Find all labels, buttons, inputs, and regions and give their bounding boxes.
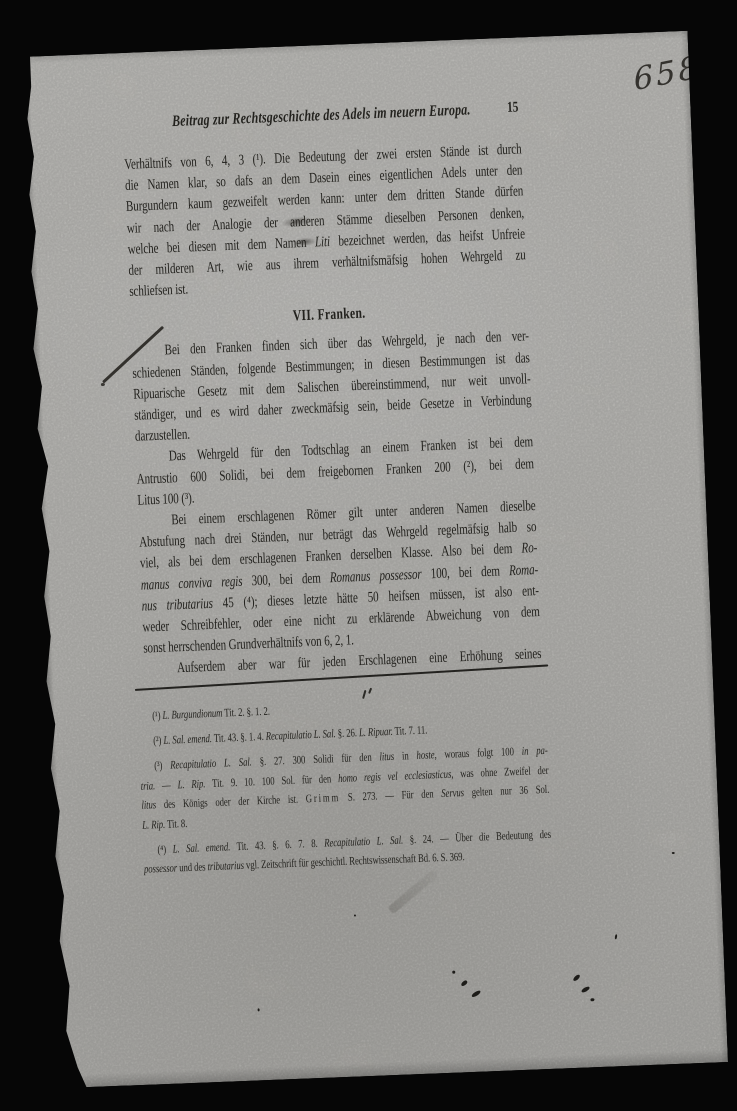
- ink-speck: [615, 934, 618, 939]
- handwritten-folio-number: 658: [632, 49, 702, 98]
- footnote-4: (⁴) L. Sal. emend. Tit. 43. §. 6. 7. 8. …: [143, 824, 552, 879]
- ink-speck: [672, 852, 675, 854]
- ink-speck: [460, 980, 468, 987]
- ink-speck: [258, 1008, 260, 1011]
- footnote-3: (³) Recapitulatio L. Sal. §. 27. 300 Sol…: [140, 741, 551, 835]
- margin-pen-mark-dot: [101, 383, 105, 386]
- ink-offset-smear: [387, 869, 439, 915]
- paragraph-4: Bei einem erschlagenen Römer gilt unter …: [138, 496, 541, 660]
- page-header: Beitrag zur Rechtsgeschichte des Adels i…: [122, 97, 520, 133]
- ink-speck: [572, 974, 581, 982]
- running-title: Beitrag zur Rechtsgeschichte des Adels i…: [122, 97, 520, 134]
- pen-tick-mark: [368, 688, 372, 694]
- ink-speck: [581, 986, 591, 994]
- ink-speck: [590, 998, 594, 1001]
- paragraph-2: Bei den Franken finden sich über das Weh…: [131, 327, 532, 449]
- book-page: 658 Beitrag zur Rechtsgeschichte des Ade…: [20, 31, 728, 1088]
- ink-speck: [452, 971, 455, 974]
- ink-speck: [471, 989, 482, 998]
- text-column: Beitrag zur Rechtsgeschichte des Adels i…: [122, 97, 542, 681]
- scan-background: 658 Beitrag zur Rechtsgeschichte des Ade…: [0, 0, 737, 1111]
- paragraph-1: Verhältnifs von 6, 4, 3 (¹). Die Bedeutu…: [124, 139, 527, 303]
- footnotes-column: (¹) L. Burgundionum Tit. 2. §. 1. 2. (²)…: [138, 691, 553, 885]
- ink-speck: [354, 914, 356, 916]
- page-number: 15: [507, 97, 519, 119]
